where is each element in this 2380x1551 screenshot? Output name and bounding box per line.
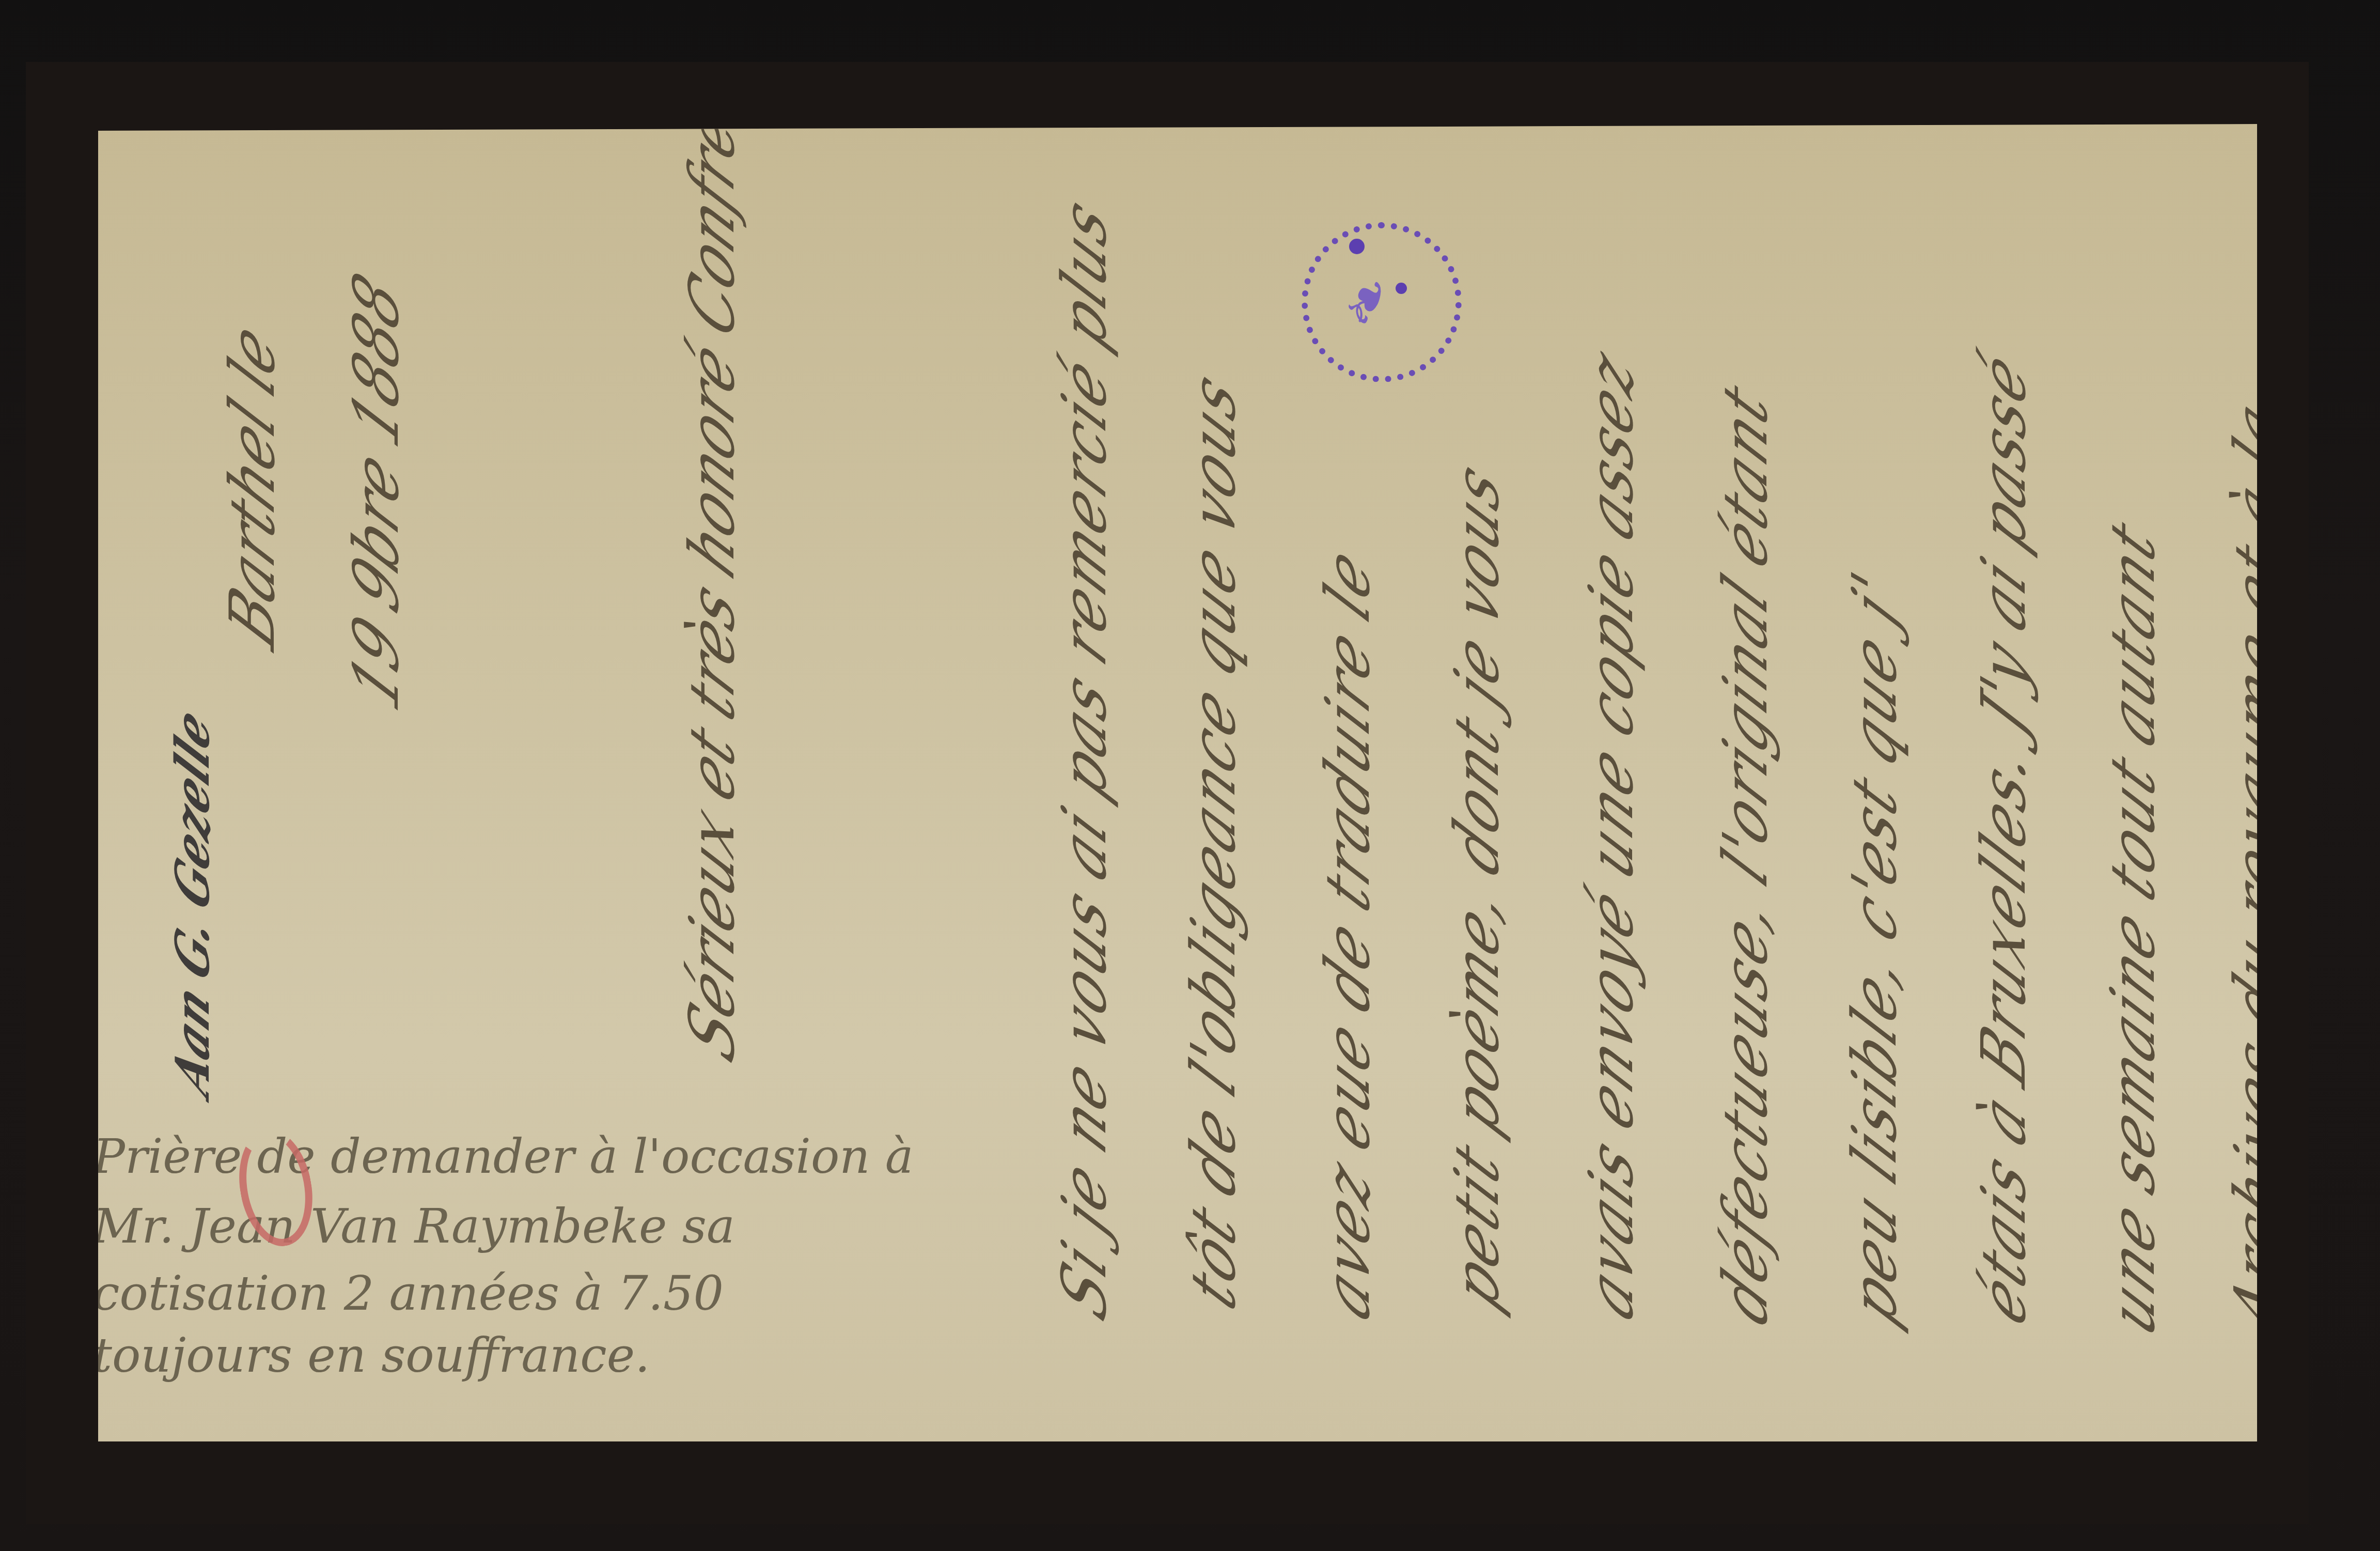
header-place: Barthel le [217,310,289,661]
annotation-line: Prière de demander à l'occasion à [93,1129,914,1184]
annotation-line: Mr. Jean Van Raymbeke sa [93,1199,735,1254]
body-line: une semaine tout autant [2097,505,2168,1348]
letter-paper: Barthel le 19 9bre 1888 Sérieux et très … [98,124,2257,1441]
annotation-line: toujours en souffrance. [93,1328,650,1383]
annotation-line: cotisation 2 années à 7.50 [93,1266,724,1321]
stamp-monogram-icon: ❧ [1321,265,1409,346]
stamp-dot [1396,283,1407,294]
body-line: tôt de l'obligeance que vous [1178,357,1249,1322]
body-line: avais envoyé une copie assez [1575,334,1647,1333]
body-line: peu lisible, c'est que j' [1839,556,1910,1338]
body-line: Si je ne vous ai pas remercié plus [1048,183,1120,1333]
body-line: petit poème, dont je vous [1441,447,1512,1323]
salutation: Sérieux et très honoré Confrère, [677,9,748,1075]
stamp-dot [1349,239,1365,254]
pencil-note: Aan G. Gezelle [165,698,220,1107]
header-date: 19 9bre 1888 [341,260,413,723]
body-line: étais à Bruxelles. J'y ai passé [1968,337,2039,1338]
archive-stamp: ❧ [1302,222,1462,382]
body-line: avez eue de traduire le [1312,533,1383,1333]
body-line: défectueuse, l'original étant [1710,368,1781,1338]
